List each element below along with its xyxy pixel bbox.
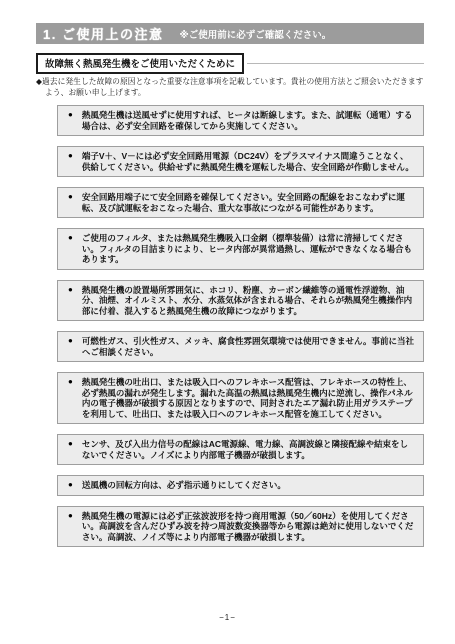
bullet-icon: ● xyxy=(68,511,73,522)
page-title: 1. ご使用上の注意 xyxy=(43,24,163,43)
page-title-note: ※ご使用前に必ずご確認ください。 xyxy=(179,27,331,41)
notice-item: ● 熱風発生機の吐出口、または吸入口へのフレキホース配管は、フレキホースの特性上… xyxy=(57,372,424,424)
page-number: −1− xyxy=(0,613,455,622)
notice-item: ● 熱風発生機は送風せずに使用すれば、ヒータは断線します。また、試運転（通電）す… xyxy=(57,105,424,136)
bullet-icon: ● xyxy=(68,192,73,203)
notice-text: 安全回路用端子にて安全回路を確保してください。安全回路の配線をおこなわずに運転、… xyxy=(82,192,415,213)
notice-item: ● センサ、及び入出力信号の配線はAC電源線、電力線、高調波線と隣接配線や結束を… xyxy=(57,434,424,465)
notice-item: ● 可燃性ガス、引火性ガス、メッキ、腐食性雰囲気環境では使用できません。事前に当… xyxy=(57,331,424,362)
notice-text: 熱風発生機の電源には必ず正弦波波形を持つ商用電源（50／60Hz）を使用してくだ… xyxy=(82,511,415,543)
notice-text: 端子V＋、V－には必ず安全回路用電源（DC24V）をプラスマイナス間違うことなく… xyxy=(82,151,415,172)
notice-text: センサ、及び入出力信号の配線はAC電源線、電力線、高調波線と隣接配線や結束をしな… xyxy=(82,439,415,460)
notice-item: ● 送風機の回転方向は、必ず指示通りにしてください。 xyxy=(57,475,424,496)
page: 1. ご使用上の注意 ※ご使用前に必ずご確認ください。 故障無く熱風発生機をご使… xyxy=(0,0,455,547)
bullet-icon: ● xyxy=(68,480,73,491)
notice-text: 可燃性ガス、引火性ガス、メッキ、腐食性雰囲気環境では使用できません。事前に当社へ… xyxy=(82,336,415,357)
notice-item: ● 端子V＋、V－には必ず安全回路用電源（DC24V）をプラスマイナス間違うこと… xyxy=(57,146,424,177)
notice-text: 熱風発生機の設置場所雰囲気に、ホコリ、粉塵、カーボン繊維等の通電性浮遊物、油分、… xyxy=(82,285,415,317)
notice-text: 送風機の回転方向は、必ず指示通りにしてください。 xyxy=(82,480,415,491)
notice-item: ● ご使用のフィルタ、または熱風発生機吸入口金網（標準装備）は常に清掃してくださ… xyxy=(57,228,424,270)
bullet-icon: ● xyxy=(68,110,73,121)
notice-text: 熱風発生機の吐出口、または吸入口へのフレキホース配管は、フレキホースの特性上、必… xyxy=(82,377,415,419)
bullet-icon: ● xyxy=(68,151,73,162)
section-title-bar: 1. ご使用上の注意 ※ご使用前に必ずご確認ください。 xyxy=(36,23,424,44)
bullet-icon: ● xyxy=(68,336,73,347)
bullet-icon: ● xyxy=(68,439,73,450)
notice-item: ● 熱風発生機の設置場所雰囲気に、ホコリ、粉塵、カーボン繊維等の通電性浮遊物、油… xyxy=(57,280,424,322)
notice-text: 熱風発生機は送風せずに使用すれば、ヒータは断線します。また、試運転（通電）する場… xyxy=(82,110,415,131)
section-heading: 故障無く熱風発生機をご使用いただくために xyxy=(36,53,244,74)
section-heading-row: 故障無く熱風発生機をご使用いただくために xyxy=(36,53,424,74)
intro-note: ◆過去に発生した故障の原因となった重要な注意事項を記載しています。貴社の使用方法… xyxy=(36,77,424,98)
notice-list: ● 熱風発生機は送風せずに使用すれば、ヒータは断線します。また、試運転（通電）す… xyxy=(57,105,424,547)
heading-rule xyxy=(247,63,424,64)
notice-text: ご使用のフィルタ、または熱風発生機吸入口金網（標準装備）は常に清掃してください。… xyxy=(82,233,415,265)
bullet-icon: ● xyxy=(68,285,73,296)
notice-item: ● 熱風発生機の電源には必ず正弦波波形を持つ商用電源（50／60Hz）を使用して… xyxy=(57,506,424,548)
bullet-icon: ● xyxy=(68,233,73,244)
bullet-icon: ● xyxy=(68,377,73,388)
notice-item: ● 安全回路用端子にて安全回路を確保してください。安全回路の配線をおこなわずに運… xyxy=(57,187,424,218)
